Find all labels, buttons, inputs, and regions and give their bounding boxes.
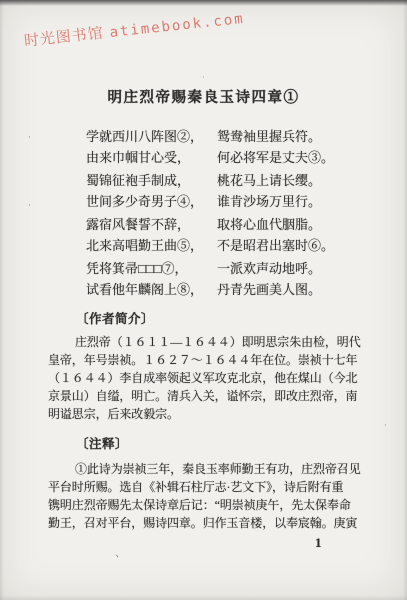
scan-speck: 、	[115, 549, 126, 558]
notes-paragraph: ①此诗为崇祯三年，秦良玉率师勤王有功，庄烈帝召见 平台时所赐。选自《补辑石柱厅志…	[48, 460, 368, 532]
poem-block: 学就西川八阵图②， 鸳鸯袖里握兵符。 由来巾帼甘心受， 何必将军是丈夫③。 蜀锦…	[86, 127, 386, 303]
author-intro-heading: 〔作者简介〕	[76, 309, 154, 327]
page-number: 1	[315, 535, 322, 551]
poem-half-line: 桃花马上请长缨。	[217, 171, 321, 192]
poem-line: 试看他年麟阁上⑧， 丹青先画美人图。	[86, 280, 386, 301]
paragraph-line: 明谥思宗，后来改毅宗。	[48, 405, 368, 423]
poem-half-line: 试看他年麟阁上⑧，	[86, 280, 217, 301]
poem-line: 北来高唱勤王曲⑤， 不是昭君出塞时⑥。	[86, 236, 386, 257]
poem-line: 由来巾帼甘心受， 何必将军是丈夫③。	[86, 148, 386, 169]
notes-heading: 〔注释〕	[76, 434, 128, 452]
poem-half-line: 何必将军是丈夫③。	[217, 148, 334, 169]
page-title: 明庄烈帝赐秦良玉诗四章①	[0, 86, 407, 107]
poem-stanza: 凭将箕帚□□□⑦， 一派欢声动地呼。 试看他年麟阁上⑧， 丹青先画美人图。	[86, 259, 386, 300]
poem-half-line: 谁肯沙场万里行。	[217, 192, 321, 213]
watermark-chinese-text: 时光图书馆	[23, 25, 104, 50]
poem-half-line: 鸳鸯袖里握兵符。	[217, 127, 321, 148]
watermark-url-text: atimebook.com	[109, 11, 246, 41]
poem-half-line: 凭将箕帚□□□⑦，	[86, 259, 217, 280]
poem-half-line: 取将心血代胭脂。	[217, 215, 321, 236]
poem-half-line: 北来高唱勤王曲⑤，	[86, 236, 217, 257]
poem-stanza: 露宿风餐誓不辞， 取将心血代胭脂。 北来高唱勤王曲⑤， 不是昭君出塞时⑥。	[86, 215, 386, 256]
poem-line: 世间多少奇男子④， 谁肯沙场万里行。	[86, 192, 386, 213]
scan-speck: ·	[28, 201, 31, 210]
poem-half-line: 蜀锦征袍手制成，	[86, 171, 217, 192]
poem-line: 凭将箕帚□□□⑦， 一派欢声动地呼。	[86, 259, 386, 280]
scan-edge-top	[0, 0, 407, 6]
scanned-book-page: 时光图书馆atimebook.com 明庄烈帝赐秦良玉诗四章① 学就西川八阵图②…	[0, 0, 407, 600]
poem-half-line: 世间多少奇男子④，	[86, 192, 217, 213]
poem-half-line: 学就西川八阵图②，	[86, 127, 217, 148]
poem-line: 学就西川八阵图②， 鸳鸯袖里握兵符。	[86, 127, 386, 148]
poem-half-line: 由来巾帼甘心受，	[86, 148, 217, 169]
paragraph-line: 平台时所赐。选自《补辑石柱厅志·艺文下》，诗后附有重	[48, 478, 368, 496]
poem-line: 露宿风餐誓不辞， 取将心血代胭脂。	[86, 215, 386, 236]
scan-speck: ·	[28, 133, 31, 142]
poem-line: 蜀锦征袍手制成， 桃花马上请长缨。	[86, 171, 386, 192]
author-intro-paragraph: 庄烈帝（１６１１—１６４４）即明思宗朱由检，明代 皇帝，年号崇祯。１６２７～１６…	[48, 333, 368, 423]
paragraph-line: 庄烈帝（１６１１—１６４４）即明思宗朱由检，明代	[48, 333, 368, 351]
poem-half-line: 露宿风餐誓不辞，	[86, 215, 217, 236]
paragraph-line: 京景山）自缢，明亡。清兵入关，谥怀宗，即改庄烈帝，南	[48, 387, 368, 405]
scan-speck: ·	[384, 421, 387, 430]
paragraph-line: 皇帝，年号崇祯。１６２７～１６４４年在位。崇祯十七年	[48, 351, 368, 369]
scan-speck: ·	[202, 73, 205, 82]
paragraph-line: ①此诗为崇祯三年，秦良玉率师勤王有功，庄烈帝召见	[48, 460, 368, 478]
paragraph-line: （１６４４）李自成率领起义军攻克北京，他在煤山（今北	[48, 369, 368, 387]
library-watermark: 时光图书馆atimebook.com	[23, 7, 246, 51]
poem-half-line: 不是昭君出塞时⑥。	[217, 236, 334, 257]
poem-half-line: 一派欢声动地呼。	[217, 259, 321, 280]
paragraph-line: 勤王，召对平台，赐诗四章。归作玉音楼，以奉宸翰。庚寅	[48, 514, 368, 532]
poem-half-line: 丹青先画美人图。	[217, 280, 321, 301]
poem-stanza: 学就西川八阵图②， 鸳鸯袖里握兵符。 由来巾帼甘心受， 何必将军是丈夫③。	[86, 127, 386, 168]
paragraph-line: 镌明庄烈帝赐先太保诗章后记：“明崇祯庚午，先太保奉命	[48, 496, 368, 514]
poem-stanza: 蜀锦征袍手制成， 桃花马上请长缨。 世间多少奇男子④， 谁肯沙场万里行。	[86, 171, 386, 212]
scan-edge-bottom	[0, 595, 407, 600]
